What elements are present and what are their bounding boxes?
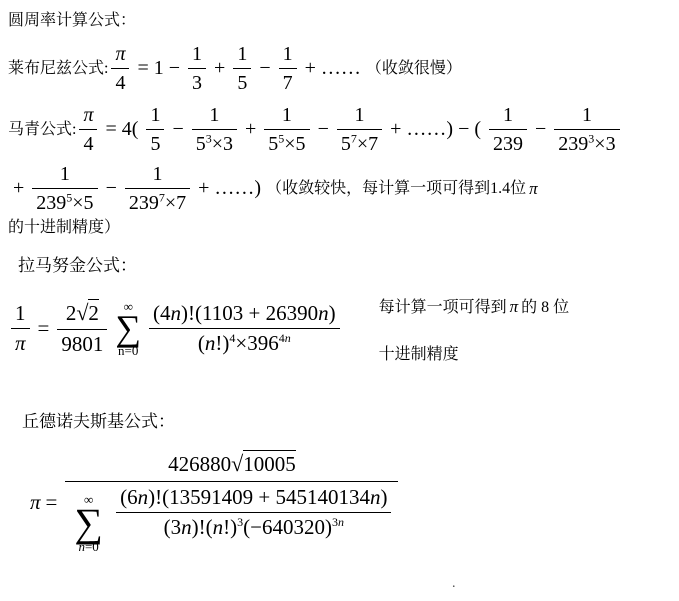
fraction-numerator: 1 <box>146 103 164 130</box>
radical-sign: √ <box>76 300 88 325</box>
leibniz-formula-line: 莱布尼兹公式: π 4 = 1 − 1 3 + 1 5 − 1 7 + …… （… <box>8 42 679 95</box>
math-token: ) <box>329 301 336 325</box>
multiplier: ×3 <box>212 133 233 155</box>
summation: ∞ ∑ n=0 <box>115 300 141 357</box>
sigma-symbol: ∑ <box>74 506 103 540</box>
fraction-1-over-5exp7: 1 57×7 <box>337 103 382 156</box>
variable-n: n <box>318 301 329 325</box>
fraction-numerator: 1 <box>11 301 30 329</box>
math-token: (3 <box>164 515 182 539</box>
fraction-numerator: 1 <box>188 42 206 69</box>
math-token: !) <box>215 331 229 355</box>
fraction-numerator: 1 <box>264 103 309 130</box>
variable-n: n <box>205 331 216 355</box>
fraction-numerator: π <box>111 42 129 69</box>
machin-note-continuation: 的十进制精度） <box>8 217 679 239</box>
ramanujan-series-fraction: (4n)!(1103 + 26390n) (n!)4×3964n <box>149 301 340 356</box>
pi-symbol: π <box>510 297 519 316</box>
fraction-pi-over-4: π 4 <box>79 103 97 156</box>
variable-n: n <box>138 485 149 509</box>
math-token: )!( <box>192 515 213 539</box>
pi-symbol: π <box>529 179 538 199</box>
fraction-denominator: 9801 <box>57 330 107 357</box>
math-token: =0 <box>85 539 99 554</box>
exponent: 3n <box>332 515 344 529</box>
pi-symbol: π <box>83 104 93 126</box>
chudnovsky-heading: 丘德诺夫斯基公式： <box>8 410 679 434</box>
leibniz-convergence-note: （收敛很慢） <box>366 58 462 80</box>
page-title: 圆周率计算公式： <box>8 10 679 32</box>
fraction-1-over-5exp5: 1 55×5 <box>264 103 309 156</box>
math-token: (−640320) <box>243 515 332 539</box>
sum-lower-limit: n=0 <box>118 344 138 357</box>
sum-lower-limit: n=0 <box>78 540 98 553</box>
fraction-denominator: 4 <box>79 130 97 156</box>
fraction-numerator: 1 <box>279 42 297 69</box>
fraction-numerator: 1 <box>125 162 190 189</box>
fraction-1-over-239exp5: 1 2395×5 <box>32 162 97 215</box>
fraction-1-over-5exp3: 1 53×3 <box>192 103 237 156</box>
minus-operator: − <box>318 118 329 141</box>
machin-formula-line-2: + 1 2395×5 − 1 2397×7 + ……) （收敛较快，每计算一项可… <box>8 162 679 215</box>
radical-sign: √ <box>231 451 243 476</box>
fraction-numerator: (4n)!(1103 + 26390n) <box>149 301 340 329</box>
fraction-numerator: 1 <box>489 103 527 130</box>
machin-convergence-note: （收敛较快，每计算一项可得到1.4位 <box>266 178 526 200</box>
fraction-denominator: 2393×3 <box>554 130 619 156</box>
power-base: 239 <box>129 192 159 214</box>
leibniz-label: 莱布尼兹公式: <box>8 58 108 80</box>
math-token: (4 <box>153 301 171 325</box>
fraction-1-over-5: 1 5 <box>233 42 251 95</box>
fraction-numerator: 1 <box>554 103 619 130</box>
note-text: 的 8 位 <box>521 299 569 316</box>
plus-operator: + <box>245 118 256 141</box>
variable-n: n <box>171 301 182 325</box>
fraction-denominator: 2397×7 <box>125 189 190 215</box>
math-token: = 1 − <box>137 57 180 80</box>
fraction-denominator: 5 <box>233 69 251 95</box>
power-base: 5 <box>341 133 351 155</box>
fraction-denominator: 4 <box>111 69 129 95</box>
fraction-1-over-5: 1 5 <box>146 103 164 156</box>
variable-n: n <box>370 485 381 509</box>
pi-symbol: π <box>30 490 41 515</box>
fraction-1-over-239exp7: 1 2397×7 <box>125 162 190 215</box>
power-base: 5 <box>196 133 206 155</box>
fraction-1-over-7: 1 7 <box>279 42 297 95</box>
multiplier: ×5 <box>72 192 93 214</box>
math-token: ( <box>198 331 205 355</box>
math-token: = 4( <box>105 118 138 141</box>
coefficient: 426880 <box>168 452 231 476</box>
math-token: + ……) − ( <box>390 118 481 141</box>
machin-label: 马青公式: <box>8 119 76 141</box>
multiplier: ×5 <box>284 133 305 155</box>
fraction-numerator: 426880√10005 <box>65 451 398 481</box>
fraction-1-over-239exp3: 1 2393×3 <box>554 103 619 156</box>
power-base: 5 <box>268 133 278 155</box>
note-line: 每计算一项可得到π的 8 位 <box>379 294 570 317</box>
fraction-numerator: 1 <box>32 162 97 189</box>
math-token: )!(1103 + 26390 <box>181 301 318 325</box>
math-token: !) <box>223 515 237 539</box>
minus-operator: − <box>172 118 183 141</box>
variable-n: n <box>213 515 224 539</box>
fraction-numerator: (6n)!(13591409 + 545140134n) <box>116 485 391 513</box>
plus-operator: + <box>214 57 225 80</box>
fraction-denominator: (n!)4×3964n <box>149 329 340 356</box>
radicand: 2 <box>88 299 99 325</box>
equals-operator: = <box>38 316 50 341</box>
multiplier: ×7 <box>357 133 378 155</box>
fraction-denominator: 5 <box>146 130 164 156</box>
power-base: 239 <box>36 192 66 214</box>
multiplier: ×3 <box>594 133 615 155</box>
minus-operator: − <box>259 57 270 80</box>
fraction-2sqrt2-over-9801: 2√2 9801 <box>57 300 107 357</box>
ramanujan-precision-note: 每计算一项可得到π的 8 位 十进制精度 <box>379 294 570 364</box>
note-text: 每计算一项可得到 <box>379 299 507 316</box>
exponent: 4n <box>279 331 291 345</box>
minus-operator: − <box>535 118 546 141</box>
ramanujan-formula: 1 π = 2√2 9801 ∞ ∑ n=0 (4n)!(1103 + 2639… <box>8 294 679 364</box>
machin-formula-line-1: 马青公式: π 4 = 4( 1 5 − 1 53×3 + 1 55×5 − 1… <box>8 103 679 156</box>
radicand: 10005 <box>243 450 296 476</box>
note-line: 十进制精度 <box>379 341 570 364</box>
sigma-symbol: ∑ <box>115 313 141 344</box>
fraction-denominator: 57×7 <box>337 130 382 156</box>
fraction-denominator: 7 <box>279 69 297 95</box>
fraction-numerator: 1 <box>192 103 237 130</box>
minus-operator: − <box>106 177 117 200</box>
fraction-numerator: 1 <box>337 103 382 130</box>
coefficient: 2 <box>66 301 77 325</box>
fraction-numerator: π <box>79 103 97 130</box>
math-token: )!(13591409 + 545140134 <box>148 485 370 509</box>
summation: ∞ ∑ n=0 <box>74 493 103 553</box>
power-base: 239 <box>558 133 588 155</box>
math-token: ×396 <box>235 331 278 355</box>
chudnovsky-main-fraction: 426880√10005 ∞ ∑ n=0 (6n)!(13591409 + 54… <box>65 451 398 552</box>
pi-symbol: π <box>15 331 26 355</box>
fraction-denominator: π <box>11 329 30 356</box>
pi-symbol: π <box>115 43 125 65</box>
fraction-denominator: 53×3 <box>192 130 237 156</box>
chudnovsky-series-fraction: (6n)!(13591409 + 545140134n) (3n)!(n!)3(… <box>116 485 391 540</box>
equals-operator: = <box>46 490 58 515</box>
fraction-1-over-239: 1 239 <box>489 103 527 156</box>
fraction-denominator: 2395×5 <box>32 189 97 215</box>
multiplier: ×7 <box>165 192 186 214</box>
fraction-denominator: 3 <box>188 69 206 95</box>
ramanujan-heading: 拉马努金公式： <box>8 254 679 278</box>
math-token: (6 <box>120 485 138 509</box>
ellipsis-token: + …… <box>305 57 361 80</box>
fraction-denominator: 239 <box>489 130 527 156</box>
fraction-pi-over-4: π 4 <box>111 42 129 95</box>
math-token: ) <box>380 485 387 509</box>
plus-operator: + <box>13 177 24 200</box>
variable-n: n <box>181 515 192 539</box>
fraction-1-over-3: 1 3 <box>188 42 206 95</box>
fraction-numerator: 1 <box>233 42 251 69</box>
variable-n: n <box>338 515 344 529</box>
stray-period: . <box>452 576 456 592</box>
fraction-denominator: (3n)!(n!)3(−640320)3n <box>116 513 391 540</box>
fraction-1-over-pi: 1 π <box>11 301 30 356</box>
chudnovsky-formula: π = 426880√10005 ∞ ∑ n=0 (6n)!(13591409 … <box>30 451 679 552</box>
fraction-numerator: 2√2 <box>57 300 107 329</box>
ellipsis-token: + ……) <box>198 177 261 200</box>
document-page: 圆周率计算公式： 莱布尼兹公式: π 4 = 1 − 1 3 + 1 5 − 1… <box>0 0 679 553</box>
fraction-denominator: 55×5 <box>264 130 309 156</box>
variable-n: n <box>285 331 291 345</box>
fraction-denominator: ∞ ∑ n=0 (6n)!(13591409 + 545140134n) (3n… <box>65 482 398 553</box>
